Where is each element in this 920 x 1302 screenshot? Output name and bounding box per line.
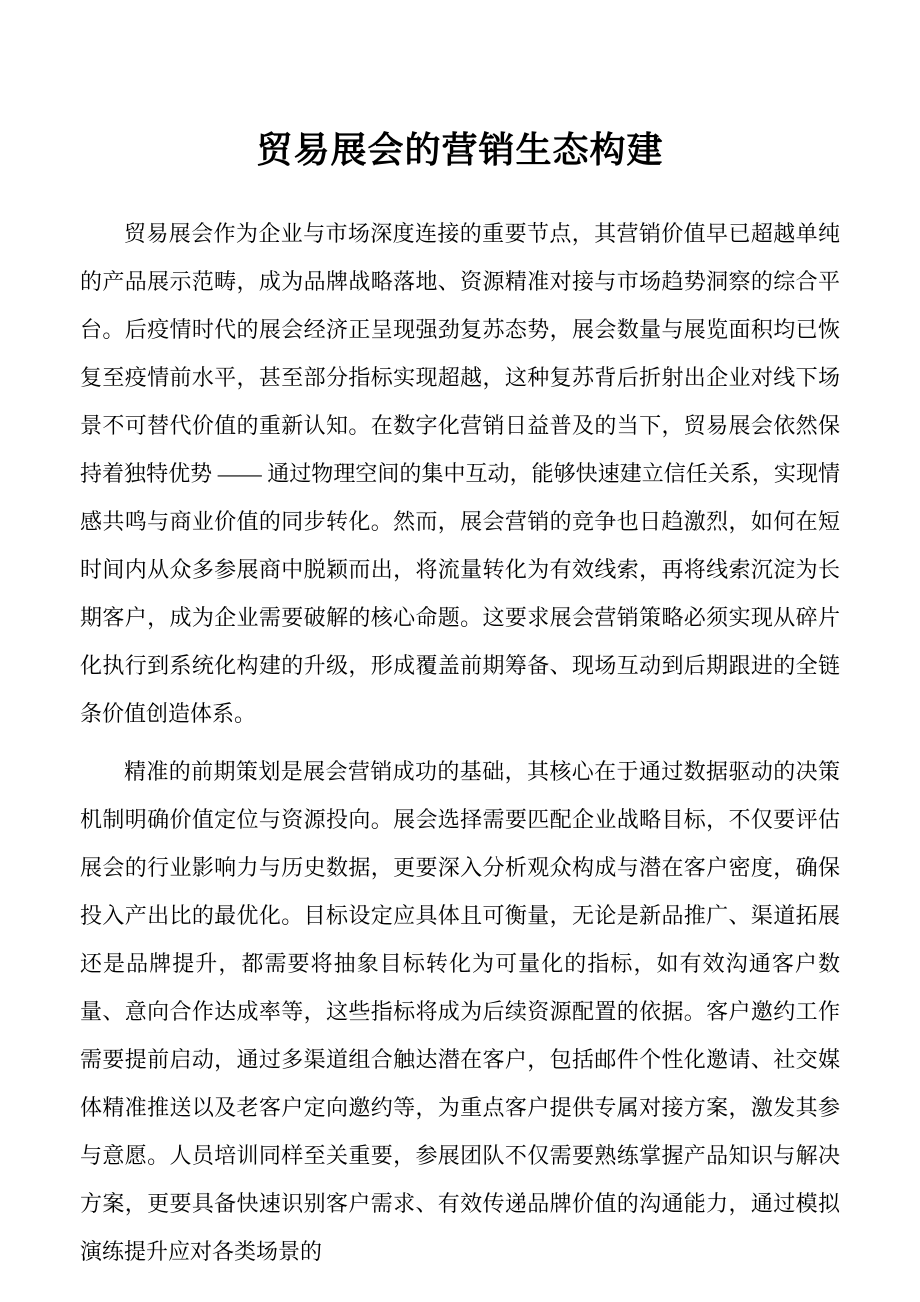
- paragraph-2: 精准的前期策划是展会营销成功的基础，其核心在于通过数据驱动的决策机制明确价值定位…: [80, 748, 840, 1276]
- body-text: 贸易展会作为企业与市场深度连接的重要节点，其营销价值早已超越单纯的产品展示范畴，…: [0, 210, 920, 1276]
- page-title: 贸易展会的营销生态构建: [0, 0, 920, 172]
- document-page: 贸易展会的营销生态构建 贸易展会作为企业与市场深度连接的重要节点，其营销价值早已…: [0, 0, 920, 1302]
- paragraph-1: 贸易展会作为企业与市场深度连接的重要节点，其营销价值早已超越单纯的产品展示范畴，…: [80, 210, 840, 738]
